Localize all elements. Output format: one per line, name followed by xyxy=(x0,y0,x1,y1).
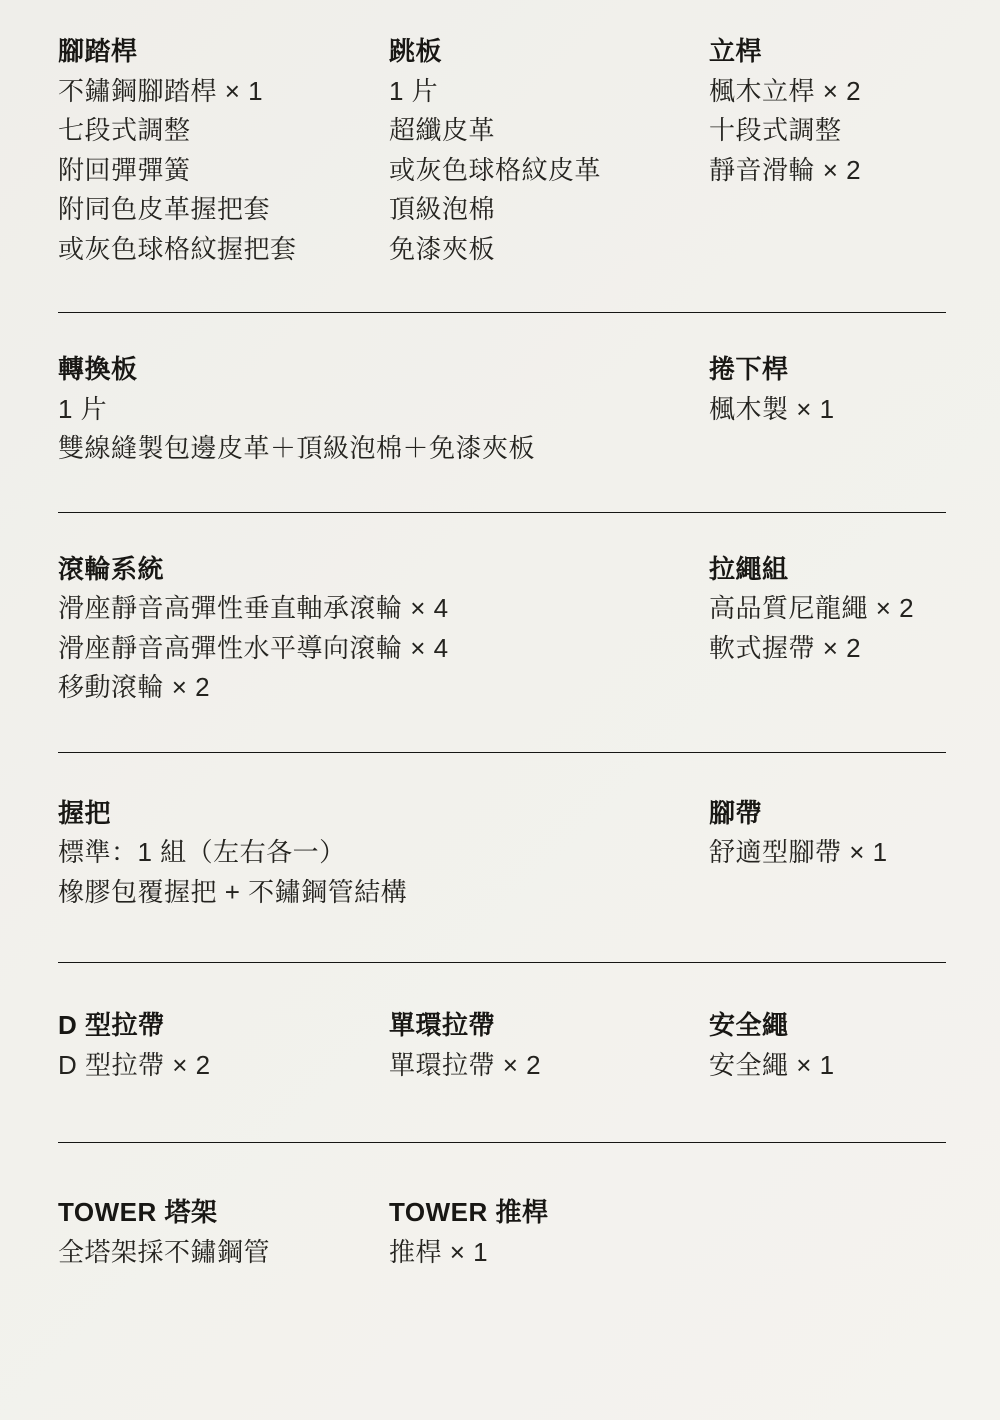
column-roll-down-bar: 捲下桿 楓木製 × 1 xyxy=(709,350,946,429)
column-vertical-poles: 立桿 楓木立桿 × 2 十段式調整 靜音滑輪 × 2 xyxy=(709,32,946,190)
spec-line: 滑座靜音高彈性垂直軸承滾輪 × 4 xyxy=(58,589,709,629)
column-foot-strap: 腳帶 舒適型腳帶 × 1 xyxy=(709,794,946,873)
spec-sheet: 腳踏桿 不鏽鋼腳踏桿 × 1 七段式調整 附回彈彈簧 附同色皮革握把套 或灰色球… xyxy=(58,0,946,1272)
spec-line: 免漆夾板 xyxy=(389,230,709,270)
spec-line: 七段式調整 xyxy=(58,111,389,151)
spec-line: 1 片 xyxy=(58,390,709,430)
spec-line: 附回彈彈簧 xyxy=(58,151,389,191)
spec-line: 頂級泡棉 xyxy=(389,190,709,230)
column-tower-push-bar: TOWER 推桿 推桿 × 1 xyxy=(389,1193,709,1272)
spec-line: 楓木製 × 1 xyxy=(709,390,946,430)
spec-section-6: TOWER 塔架 全塔架採不鏽鋼管 TOWER 推桿 推桿 × 1 xyxy=(58,1142,946,1272)
column-safety-rope: 安全繩 安全繩 × 1 xyxy=(709,1006,946,1085)
column-title: 拉繩組 xyxy=(709,550,946,590)
spec-line: 不鏽鋼腳踏桿 × 1 xyxy=(58,72,389,112)
spec-line: 超纖皮革 xyxy=(389,111,709,151)
column-tower-frame: TOWER 塔架 全塔架採不鏽鋼管 xyxy=(58,1193,389,1272)
column-single-loop-strap: 單環拉帶 單環拉帶 × 2 xyxy=(389,1006,709,1085)
spec-line: 單環拉帶 × 2 xyxy=(389,1046,709,1086)
column-title: 單環拉帶 xyxy=(389,1006,709,1046)
spec-line: 靜音滑輪 × 2 xyxy=(709,151,946,191)
spec-line: 橡膠包覆握把 + 不鏽鋼管結構 xyxy=(58,873,709,913)
spec-line: 推桿 × 1 xyxy=(389,1233,709,1273)
spec-line: 楓木立桿 × 2 xyxy=(709,72,946,112)
spec-line: 移動滾輪 × 2 xyxy=(58,668,709,708)
column-roller-system: 滾輪系統 滑座靜音高彈性垂直軸承滾輪 × 4 滑座靜音高彈性水平導向滾輪 × 4… xyxy=(58,550,709,708)
spec-line: 雙線縫製包邊皮革＋頂級泡棉＋免漆夾板 xyxy=(58,429,709,469)
spec-line: 十段式調整 xyxy=(709,111,946,151)
column-title: 滾輪系統 xyxy=(58,550,709,590)
spec-line: 舒適型腳帶 × 1 xyxy=(709,833,946,873)
spec-line: 全塔架採不鏽鋼管 xyxy=(58,1233,389,1273)
column-d-strap: D 型拉帶 D 型拉帶 × 2 xyxy=(58,1006,389,1085)
spec-line: 高品質尼龍繩 × 2 xyxy=(709,589,946,629)
column-jump-board: 跳板 1 片 超纖皮革 或灰色球格紋皮革 頂級泡棉 免漆夾板 xyxy=(389,32,709,269)
spec-line: 標準：1 組（左右各一） xyxy=(58,833,709,873)
spec-line: D 型拉帶 × 2 xyxy=(58,1046,389,1086)
spec-line: 或灰色球格紋皮革 xyxy=(389,151,709,191)
spec-section-2: 轉換板 1 片 雙線縫製包邊皮革＋頂級泡棉＋免漆夾板 捲下桿 楓木製 × 1 xyxy=(58,312,946,512)
column-title: 跳板 xyxy=(389,32,709,72)
column-conversion-board: 轉換板 1 片 雙線縫製包邊皮革＋頂級泡棉＋免漆夾板 xyxy=(58,350,709,469)
column-title: 腳帶 xyxy=(709,794,946,834)
column-title: 捲下桿 xyxy=(709,350,946,390)
spec-section-5: D 型拉帶 D 型拉帶 × 2 單環拉帶 單環拉帶 × 2 安全繩 安全繩 × … xyxy=(58,962,946,1142)
column-title: 立桿 xyxy=(709,32,946,72)
spec-section-4: 握把 標準：1 組（左右各一） 橡膠包覆握把 + 不鏽鋼管結構 腳帶 舒適型腳帶… xyxy=(58,752,946,963)
column-handles: 握把 標準：1 組（左右各一） 橡膠包覆握把 + 不鏽鋼管結構 xyxy=(58,794,709,913)
column-title: TOWER 塔架 xyxy=(58,1193,389,1233)
column-title: D 型拉帶 xyxy=(58,1006,389,1046)
column-title: TOWER 推桿 xyxy=(389,1193,709,1233)
spec-line: 安全繩 × 1 xyxy=(709,1046,946,1086)
column-title: 轉換板 xyxy=(58,350,709,390)
spec-line: 1 片 xyxy=(389,72,709,112)
spec-section-1: 腳踏桿 不鏽鋼腳踏桿 × 1 七段式調整 附回彈彈簧 附同色皮革握把套 或灰色球… xyxy=(58,0,946,312)
column-title: 腳踏桿 xyxy=(58,32,389,72)
column-title: 安全繩 xyxy=(709,1006,946,1046)
column-foot-bar: 腳踏桿 不鏽鋼腳踏桿 × 1 七段式調整 附回彈彈簧 附同色皮革握把套 或灰色球… xyxy=(58,32,389,269)
column-title: 握把 xyxy=(58,794,709,834)
spec-line: 軟式握帶 × 2 xyxy=(709,629,946,669)
spec-line: 附同色皮革握把套 xyxy=(58,190,389,230)
spec-line: 滑座靜音高彈性水平導向滾輪 × 4 xyxy=(58,629,709,669)
spec-line: 或灰色球格紋握把套 xyxy=(58,230,389,270)
spec-section-3: 滾輪系統 滑座靜音高彈性垂直軸承滾輪 × 4 滑座靜音高彈性水平導向滾輪 × 4… xyxy=(58,512,946,752)
column-rope-set: 拉繩組 高品質尼龍繩 × 2 軟式握帶 × 2 xyxy=(709,550,946,669)
